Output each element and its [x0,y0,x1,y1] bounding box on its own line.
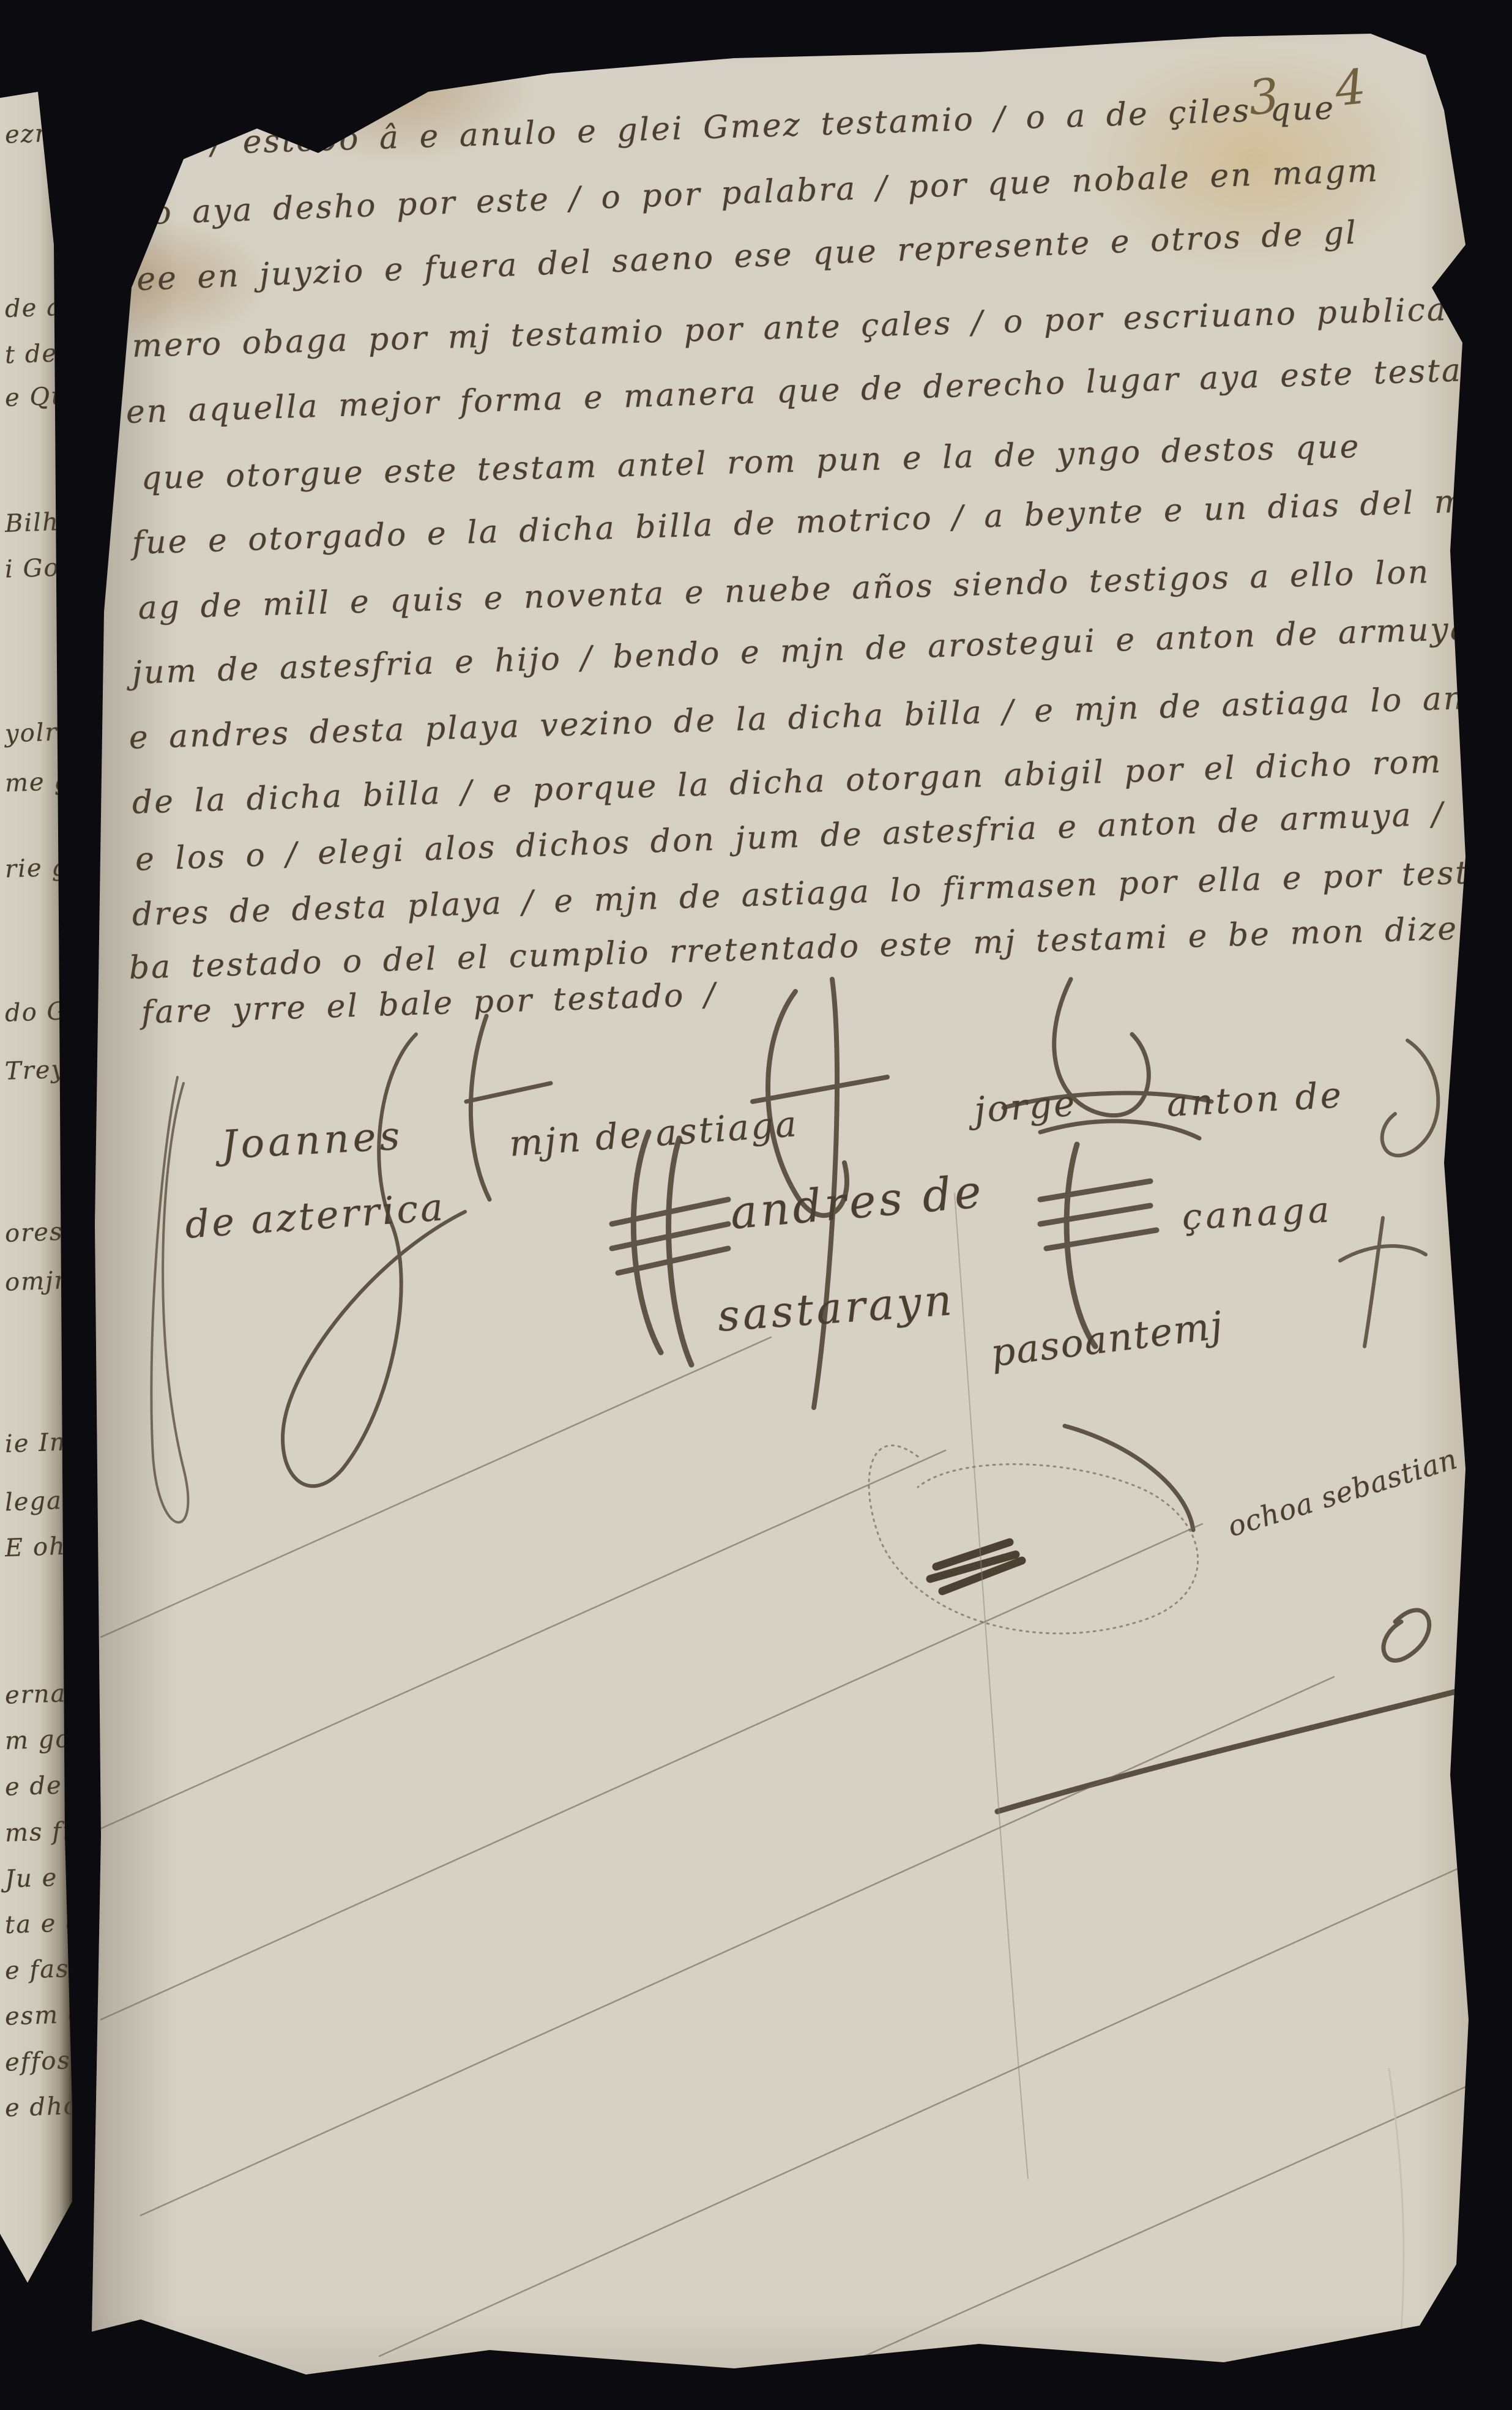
manuscript-photo: { "document": { "page_number": "3 4", "i… [0,0,1512,2410]
paraph-astiaga [466,1016,551,1199]
left-page-fragment: t des l [4,338,72,370]
left-page-fragment: e Ques [4,381,72,412]
left-page-fragment: Bilhoa e [4,506,72,538]
rubric-andres [1040,1144,1156,1346]
left-page-fragment: yolr [4,718,58,748]
left-page-fragment: ms fran [4,1816,72,1848]
left-page-fragment: me go [4,767,72,798]
left-page-fragment: Treydoi [4,1054,72,1086]
rubric-andres [612,1132,728,1365]
paper-crease [955,1193,1028,2179]
left-page-fragment: omjngs [4,1265,72,1296]
left-page-fragment: ta e om [4,1908,72,1939]
left-page-fragment: legats [4,1486,72,1517]
left-page-fragment: effos q [4,2045,72,2076]
left-page-fragment: ie Im [4,1428,72,1458]
rubric-ochoa-tail [1384,1610,1429,1660]
rubric-ochoa-knot [930,1542,1022,1591]
left-page-fragment: orese m [4,1216,72,1248]
paraph-astiaga [753,979,887,1408]
facing-page-edge: ezrneede agt des le QuesBilhoa ei Golesy… [0,92,72,2289]
left-page-fragment: E ohs [4,1532,72,1562]
left-page-fragment: i Goles [4,552,72,583]
rubric-joannes [283,1034,465,1486]
left-page-fragment: de ag [4,293,72,323]
left-page-fragment: rie ghr [4,852,72,883]
left-page-fragment: Ju e bra [4,1862,72,1893]
rubric-ochoa-underline [997,1689,1465,1811]
rubric-ochoa-oval [869,1446,1198,1633]
rubric-anton [1340,1040,1438,1346]
left-page-fragment: e dho [4,2092,72,2122]
rubric-jorge [1004,979,1212,1138]
left-page-fragment: ernado [4,1678,72,1709]
rubric-ochoa-arc [1065,1426,1193,1530]
left-page-fragment: e de la [4,1770,72,1801]
left-page-fragment: e fasta [4,1953,72,1985]
left-page-fragment: ezrnee [4,118,72,149]
rubric-joannes [151,1077,188,1523]
cancellation-strokes [98,1337,1465,2390]
paper-crease [1389,2069,1404,2332]
left-page-fragment: m gos [4,1725,72,1756]
left-page-fragment: do Gles [4,996,72,1028]
ink-flourishes-layer [55,18,1475,2393]
left-page-fragment: esm os [4,1999,72,2031]
manuscript-page: 3 4 ytem / estebo â e anulo e glei Gmez … [55,18,1475,2393]
